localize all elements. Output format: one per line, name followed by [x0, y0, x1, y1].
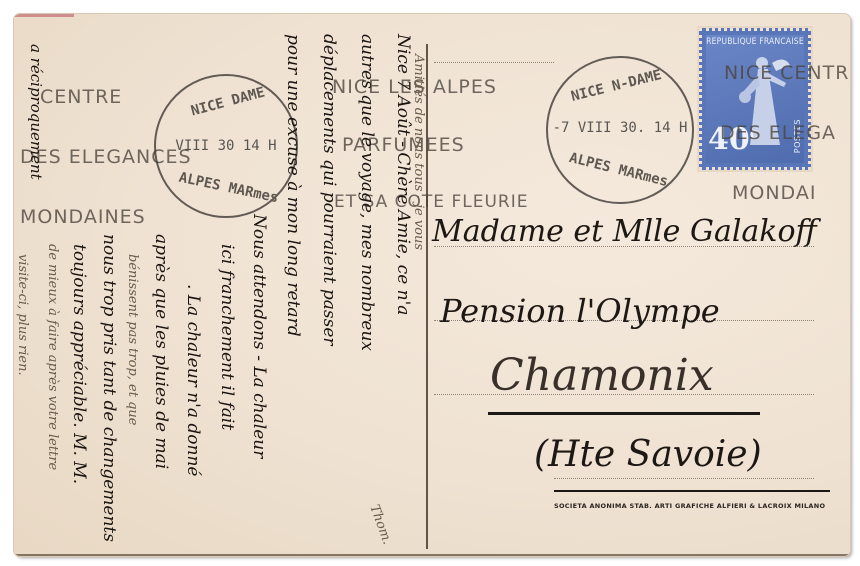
message-column-10: nous trop pris tant de changements — [100, 234, 117, 542]
round-postmark-left: NICE DAME VIII 30 14 H ALPES MARmes — [154, 74, 298, 218]
address-dotline-0 — [434, 62, 554, 63]
stamp-country-text: REPUBLIQUE FRANCAISE — [706, 37, 804, 47]
message-column-8: après que les pluies de mai — [152, 234, 169, 469]
center-divider — [426, 44, 428, 549]
message-column-13: a réciproquement — [28, 44, 43, 180]
message-column-7: . La chaleur n'a donné — [184, 284, 201, 476]
imprint-rule — [554, 490, 830, 492]
address-line-recipient: Madame et Mlle Galakoff — [432, 214, 817, 249]
slogan-right-line3: MONDAI — [732, 182, 816, 204]
address-line-town: Chamonix — [490, 350, 714, 401]
message-margin-note: Amitiés de nous tous - je vous — [412, 54, 425, 250]
address-dotline-4 — [554, 478, 814, 479]
slogan-left-line3: MONDAINES — [20, 206, 146, 228]
message-column-6: ici franchement il fait — [218, 244, 235, 430]
message-column-11: toujours appréciable. M. M. — [70, 244, 87, 484]
message-column-1: Nice 7 Août - Chère Amie, ce n'a — [394, 34, 411, 315]
postmark-left-date: VIII 30 14 H — [156, 138, 296, 154]
slogan-left-line1: CENTRE — [40, 86, 122, 108]
card-edge-tint — [14, 14, 74, 17]
postcard: CENTRE DES ELEGANCES MONDAINES NICE LES … — [14, 14, 850, 556]
message-column-14: visite-ci, plus rien. — [16, 254, 29, 376]
message-column-3: déplacements qui pourraient passer — [320, 34, 337, 346]
message-column-4: pour une excuse à mon long retard — [284, 34, 301, 337]
postmark-left-top-text: NICE DAME — [189, 84, 266, 119]
publisher-imprint: SOCIETA ANONIMA STAB. ARTI GRAFICHE ALFI… — [554, 502, 825, 510]
town-underline — [488, 412, 760, 415]
postmark-right-bottom-text: ALPES MARmes — [568, 150, 670, 190]
message-column-12: de mieux à faire après votre lettre — [46, 244, 59, 470]
message-signature: Thom. — [367, 503, 393, 546]
message-column-9: bénissent pas trop, et que — [126, 254, 139, 425]
postmark-left-bottom-text: ALPES MARmes — [177, 170, 279, 207]
postmark-right-date: -7 VIII 30. 14 H — [548, 120, 692, 136]
postage-stamp: REPUBLIQUE FRANCAISE 40c POSTES — [699, 28, 811, 170]
round-postmark-right: NICE N-DAME -7 VIII 30. 14 H ALPES MARme… — [546, 56, 694, 204]
slogan-right-line2: DES ELEGA — [720, 122, 836, 144]
address-line-pension: Pension l'Olympe — [440, 292, 720, 330]
address-line-region: (Hte Savoie) — [534, 434, 762, 475]
slogan-right-line1: NICE CENTRE — [724, 62, 850, 84]
message-column-5: Nous attendons - La chaleur — [250, 214, 267, 458]
postmark-right-top-text: NICE N-DAME — [569, 67, 663, 105]
message-column-2: autres que le voyage, mes nombreux — [358, 34, 375, 351]
